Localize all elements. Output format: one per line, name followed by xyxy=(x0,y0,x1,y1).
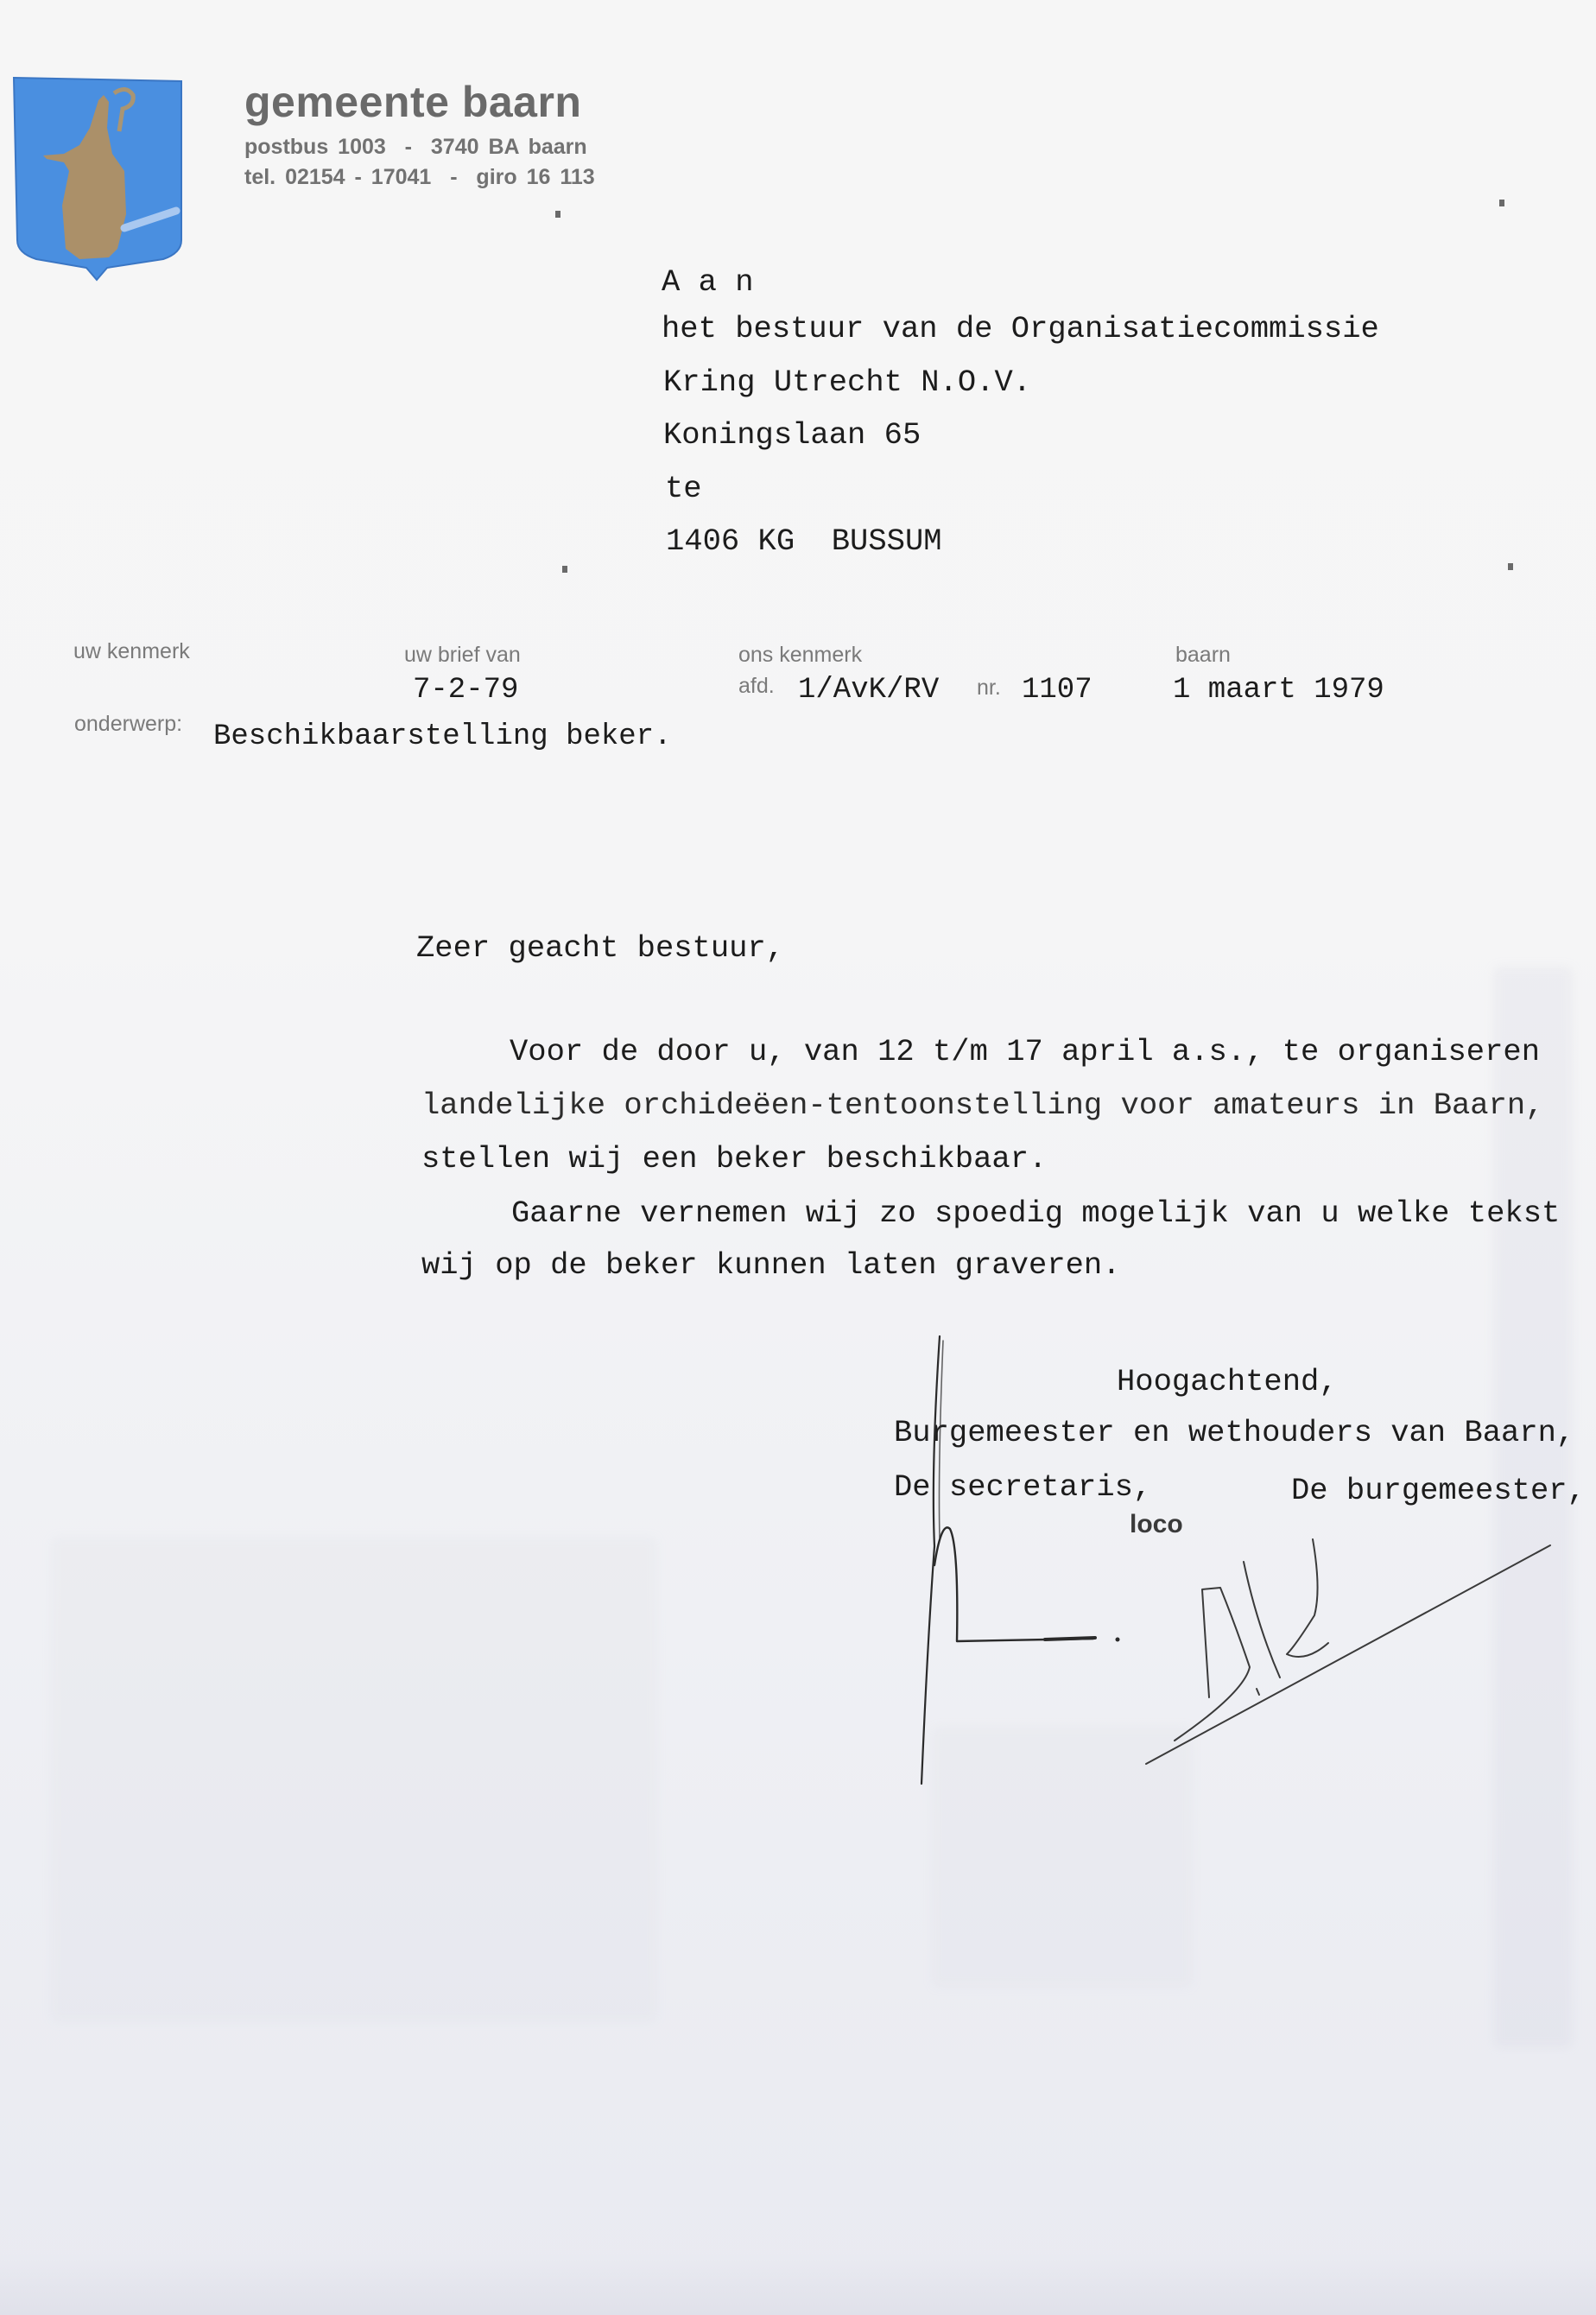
letterhead-address: postbus 1003 - 3740 BA baarn xyxy=(244,136,587,158)
coat-of-arms-icon xyxy=(12,76,185,283)
letterhead-title: gemeente baarn xyxy=(244,80,581,124)
your-letter-label: uw brief van xyxy=(404,644,521,666)
place-label: baarn xyxy=(1175,644,1231,666)
subject-value: Beschikbaarstelling beker. xyxy=(213,722,672,752)
bleed-through-shape xyxy=(52,1538,656,2021)
recipient-line: Kring Utrecht N.O.V. xyxy=(663,367,1031,398)
registration-mark xyxy=(1499,200,1504,206)
recipient-line: het bestuur van de Organisatiecommissie xyxy=(662,314,1379,345)
department-value: 1/AvK/RV xyxy=(798,675,939,705)
letter-date: 1 maart 1979 xyxy=(1173,675,1384,705)
salutation: Zeer geacht bestuur, xyxy=(416,933,784,964)
bleed-through-shape xyxy=(933,1728,1192,1987)
recipient-line: Koningslaan 65 xyxy=(663,420,921,451)
page-bottom-shadow xyxy=(0,2255,1596,2315)
your-letter-date: 7-2-79 xyxy=(413,675,518,705)
letterhead-contact: tel. 02154 - 17041 - giro 16 113 xyxy=(244,167,595,188)
subject-label: onderwerp: xyxy=(74,714,182,735)
secretary-label: De secretaris, xyxy=(894,1472,1151,1503)
signatory-body: Burgemeester en wethouders van Baarn, xyxy=(894,1418,1574,1449)
our-reference-label: ons kenmerk xyxy=(738,644,862,666)
secretary-signature-icon xyxy=(921,1336,1120,1784)
body-line: stellen wij een beker beschikbaar. xyxy=(421,1144,1047,1175)
recipient-line: te xyxy=(665,473,702,504)
loco-stamp: loco xyxy=(1130,1512,1183,1538)
mayor-label: De burgemeester, xyxy=(1291,1475,1586,1506)
department-label: afd. xyxy=(738,675,775,697)
recipient-line: 1406 KG BUSSUM xyxy=(666,526,942,557)
body-line: Voor de door u, van 12 t/m 17 april a.s.… xyxy=(510,1037,1540,1068)
mayor-signature-icon xyxy=(1146,1539,1550,1764)
recipient-line: A a n xyxy=(662,267,754,298)
body-line: wij op de beker kunnen laten graveren. xyxy=(421,1250,1121,1281)
closing-greeting: Hoogachtend, xyxy=(1117,1367,1338,1398)
your-reference-label: uw kenmerk xyxy=(73,641,190,663)
number-label: nr. xyxy=(977,677,1001,699)
registration-mark xyxy=(562,566,567,573)
body-line: landelijke orchideëen-tentoonstelling vo… xyxy=(421,1090,1544,1121)
body-line: Gaarne vernemen wij zo spoedig mogelijk … xyxy=(511,1198,1560,1229)
registration-mark xyxy=(1508,563,1513,570)
registration-mark xyxy=(555,211,560,218)
number-value: 1107 xyxy=(1022,675,1092,705)
